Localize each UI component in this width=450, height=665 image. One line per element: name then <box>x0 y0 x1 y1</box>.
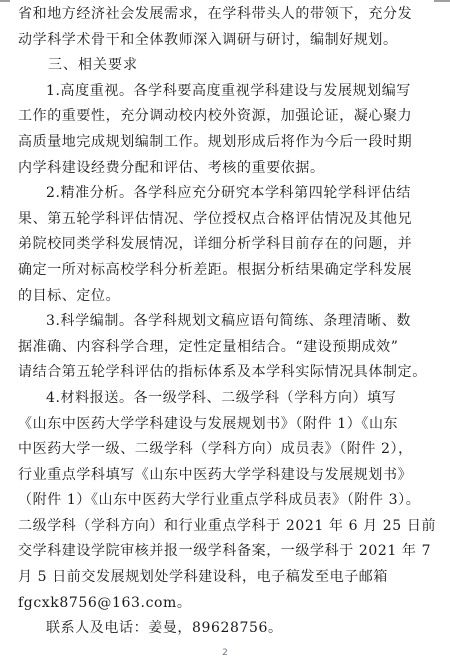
requirement-4-start: 4.材料报送。各一级学科、二级学科（学科方向）填写 <box>18 386 432 412</box>
page-number: 2 <box>0 648 450 658</box>
body-line: 二级学科（学科方向）和行业重点学科于 2021 年 6 月 25 日前 <box>18 514 432 540</box>
body-line: 弟院校同类学科发展情况，详细分析学科目前存在的问题，并 <box>18 232 432 258</box>
body-line: 工作的重要性，充分调动校内校外资源，加强论证，凝心聚力 <box>18 104 432 130</box>
email-line: fgcxk8756@163.com。 <box>18 591 432 617</box>
crop-mark-right <box>434 0 450 2</box>
document-page: 省和地方经济社会发展需求，在学科带头人的带领下，充分发 动学科学术骨干和全体教师… <box>18 2 432 642</box>
requirement-1-start: 1.高度重视。各学科要高度重视学科建设与发展规划编写 <box>18 79 432 105</box>
body-line: 请结合第五轮学科评估的指标体系及本学科实际情况具体制定。 <box>18 360 432 386</box>
body-line: 的目标、定位。 <box>18 284 432 310</box>
requirement-2-start: 2.精准分析。各学科应充分研究本学科第四轮学科评估结 <box>18 181 432 207</box>
body-line: 月 5 日前交发展规划处学科建设科，电子稿发至电子邮箱 <box>18 565 432 591</box>
body-line: 确定一所对标高校学科分析差距。根据分析结果确定学科发展 <box>18 258 432 284</box>
contact-line: 联系人及电话：姜曼，89628756。 <box>18 616 432 642</box>
body-line: 交学科建设学院审核并报一级学科备案，一级学科于 2021 年 7 <box>18 539 432 565</box>
body-line: 据准确、内容科学合理，定性定量相结合。“建设预期成效” <box>18 335 432 361</box>
body-line: 中医药大学一级、二级学科（学科方向）成员表》（附件 2）， <box>18 437 432 463</box>
body-line: 内学科建设经费分配和评估、考核的重要依据。 <box>18 156 432 182</box>
body-line: 动学科学术骨干和全体教师深入调研与研讨，编制好规划。 <box>18 28 432 54</box>
body-line: （附件 1）《山东中医药大学行业重点学科成员表》（附件 3）。 <box>18 488 432 514</box>
crop-mark-left <box>0 0 10 2</box>
requirement-3-start: 3.科学编制。各学科规划文稿应语句简练、条理清晰、数 <box>18 309 432 335</box>
section-heading: 三、相关要求 <box>18 53 432 79</box>
body-line: 省和地方经济社会发展需求，在学科带头人的带领下，充分发 <box>18 2 432 28</box>
body-line: 行业重点学科填写《山东中医药大学学科建设与发展规划书》 <box>18 463 432 489</box>
body-line: 《山东中医药大学学科建设与发展规划书》（附件 1）《山东 <box>18 412 432 438</box>
body-line: 高质量地完成规划编制工作。规划形成后将作为今后一段时期 <box>18 130 432 156</box>
body-line: 果、第五轮学科评估情况、学位授权点合格评估情况及其他兄 <box>18 207 432 233</box>
